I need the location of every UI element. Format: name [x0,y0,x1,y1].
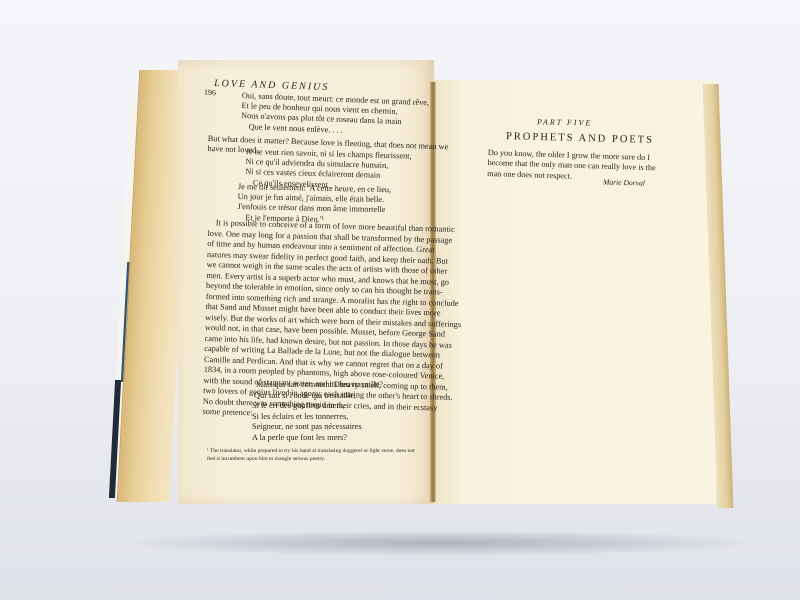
footnote: ¹ The translator, while prepared to try … [207,448,415,463]
verse-line: Si les éclairs et les tonnerres, [252,412,383,423]
verse-line: A la perle que font les mers? [252,433,383,444]
poem-stanza-1: Oui, sans doute, tout meurt: ce monde es… [240,91,429,139]
poem-stanza-4: Mais qui sait comment Dieu travaille? Qu… [252,380,383,444]
page-number: 196 [204,88,216,97]
footnote-line: ¹ The translator, while prepared to try … [207,448,415,456]
book-shadow [120,530,760,556]
verse-line: Seigneur, ne sont pas nécessaires [252,422,383,433]
verse-line: Mais qui sait comment Dieu travaille? [252,380,383,391]
footnote-line: feel it incumbent upon him to mangle ser… [207,456,415,464]
part-label: PART FIVE [537,118,592,128]
verse-line: Si le cri des gouffres amers, [252,401,383,412]
verse-line: Qui sait si l'onde qui tressaille, [252,391,383,402]
epigraph-attribution: Marie Dorval [603,177,645,187]
